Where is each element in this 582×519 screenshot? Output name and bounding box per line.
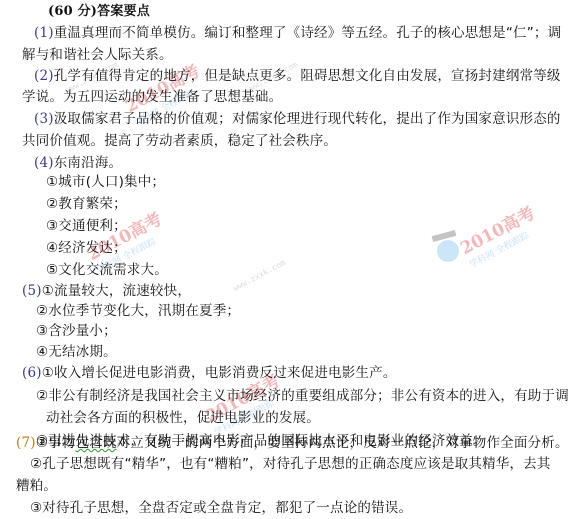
answer-text: 糟粕。 <box>16 478 57 494</box>
answer-text: ②水位季节变化大，汛期在夏季； <box>36 303 240 319</box>
answer-line: ②教育繁荣； <box>46 195 127 213</box>
answer-line: ①城市(人口)集中； <box>46 173 165 191</box>
answer-line: 学说。为五四运动的发生准备了思想基础。 <box>22 88 282 106</box>
answer-text: 共同价值观。提高了劳动者素质，稳定了社会秩序。 <box>22 133 337 149</box>
answer-line: 共同价值观。提高了劳动者素质，稳定了社会秩序。 <box>22 132 337 150</box>
watermark-red-text: 2010高考 <box>120 57 204 117</box>
answer-line: 解与和谐社会人际关系。 <box>22 46 173 64</box>
spellcheck-underlined-text: 包含既 <box>75 435 116 451</box>
answer-text: ③对待孔子思想，全盘否定或全盘肯定，都犯了一点论的错误。 <box>30 500 412 516</box>
item-number: (4) <box>34 155 54 171</box>
answer-text: ①事物 <box>36 435 76 451</box>
answer-text: ①流量较大，流速较快， <box>42 283 191 299</box>
watermark-url-3: www.zxxk.com <box>228 251 288 295</box>
answer-text: ⑤文化交流需求大。 <box>46 262 168 278</box>
answer-line: ③对待孔子思想，全盘否定或全盘肯定，都犯了一点论的错误。 <box>30 499 412 517</box>
answer-line: 动社会各方面的积极性，促进电影业的发展。 <box>46 409 320 427</box>
item-number: (7) <box>16 435 36 451</box>
answer-text: 学说。为五四运动的发生准备了思想基础。 <box>22 89 282 105</box>
answer-line: ②孔子思想既有“精华”，也有“糟粕”，对待孔子思想的正确态度应该是取其精华，去其 <box>30 455 551 473</box>
answer-line: ⑤文化交流需求大。 <box>46 261 168 279</box>
watermark-2010-gaokao-3: 2010高考 学科网 全程跟踪 <box>455 199 545 271</box>
answer-text: 重温真理而不简单模仿。编订和整理了《诗经》等五经。孔子的核心思想是“仁”；调 <box>54 25 562 41</box>
item-number: (3) <box>34 111 54 127</box>
answer-text: 动社会各方面的积极性，促进电影业的发展。 <box>46 410 320 426</box>
answer-text: 对立又统一的两个方面，要坚持两点论，反对一点论，对事物作全面分析。 <box>117 435 569 451</box>
answer-line: (2)孔学有值得肯定的地方，但是缺点更多。阻碍思想文化自由发展，宣扬封建纲常等级 <box>34 67 561 85</box>
answer-line: (6)①收入增长促进电影消费，电影消费反过来促进电影生产。 <box>22 364 397 382</box>
answer-text: ③交通便利； <box>46 218 127 234</box>
answer-line: (5)①流量较大，流速较快， <box>22 282 191 300</box>
watermark-blue-text: 学科网 全程跟踪 <box>467 221 545 271</box>
answer-text: 东南沿海。 <box>54 155 123 171</box>
answer-line: (7)①事物包含既对立又统一的两个方面，要坚持两点论，反对一点论，对事物作全面分… <box>16 434 569 452</box>
answer-line: ③交通便利； <box>46 217 127 235</box>
answer-line: ④无结冰期。 <box>36 343 117 361</box>
answer-text: ②教育繁荣； <box>46 196 127 212</box>
answer-text: ①收入增长促进电影消费，电影消费反过来促进电影生产。 <box>42 365 397 381</box>
answer-line: ②非公有制经济是我国社会主义市场经济的重要组成部分；非公有资本的进入，有助于调 <box>36 387 569 405</box>
answer-text: 汲取儒家君子品格的价值观；对儒家伦理进行现代转化，提出了作为国家意识形态的 <box>54 111 561 127</box>
answer-line: (4)东南沿海。 <box>34 154 122 172</box>
answer-line: 糟粕。 <box>16 477 57 495</box>
answer-text: ②非公有制经济是我国社会主义市场经济的重要组成部分；非公有资本的进入，有助于调 <box>36 388 569 404</box>
answer-text: ②孔子思想既有“精华”，也有“糟粕”，对待孔子思想的正确态度应该是取其精华，去其 <box>30 456 551 472</box>
page-title: (60 分)答案要点 <box>48 3 150 21</box>
answer-line: ③含沙量小； <box>36 322 117 340</box>
watermark-red-text: 2010高考 <box>455 199 539 259</box>
answer-line: ④经济发达； <box>46 239 127 257</box>
mascot-icon <box>437 240 459 262</box>
answer-text: 解与和谐社会人际关系。 <box>22 47 173 63</box>
item-number: (6) <box>22 365 42 381</box>
item-number: (1) <box>34 25 54 41</box>
answer-text: ①城市(人口)集中； <box>46 174 165 190</box>
answer-text: ③含沙量小； <box>36 323 117 339</box>
item-number: (5) <box>22 283 42 299</box>
watermark-url-text: www.zxxk.com <box>232 258 287 293</box>
answer-line: ②水位季节变化大，汛期在夏季； <box>36 302 240 320</box>
answer-text: ④经济发达； <box>46 240 127 256</box>
answer-line: (3)汲取儒家君子品格的价值观；对儒家伦理进行现代转化，提出了作为国家意识形态的 <box>34 110 561 128</box>
answer-line: (1)重温真理而不简单模仿。编订和整理了《诗经》等五经。孔子的核心思想是“仁”；… <box>34 24 561 42</box>
answer-text: 孔学有值得肯定的地方，但是缺点更多。阻碍思想文化自由发展，宣扬封建纲常等级 <box>54 68 561 84</box>
item-number: (2) <box>34 68 54 84</box>
answer-text: ④无结冰期。 <box>36 344 117 360</box>
